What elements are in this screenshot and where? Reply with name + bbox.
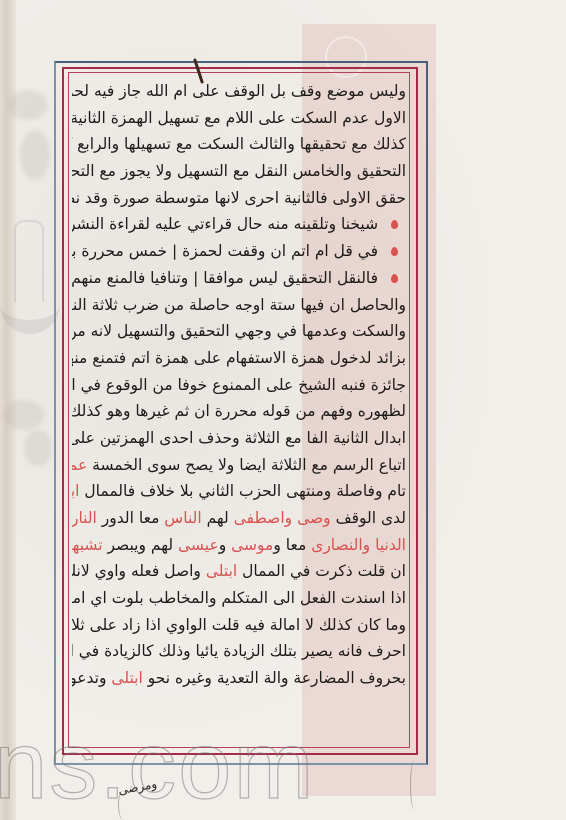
text-line: التحقيق والخامس النقل مع التسهيل ولا يجو… [72, 158, 406, 185]
text-line: لظهوره وفهم من قوله محررة ان ثم غيرها وه… [72, 398, 406, 425]
text-line: احرف فانه يصير بتلك الزيادة يائيا وذلك ك… [72, 638, 406, 665]
text-line: الدنيا والنصارى معا وموسى وعيسى لهم ويبص… [72, 532, 406, 559]
text-line: وما كان كذلك لا امالة فيه قلت الواوي اذا… [72, 612, 406, 639]
watermark-text: ns.com [0, 718, 315, 814]
text-line: كذلك مع تحقيقها والثالث السكت مع تسهيلها… [72, 131, 406, 158]
text-line: الاول عدم السكت على اللام مع تسهيل الهمز… [72, 105, 406, 132]
red-verse-marker-icon [391, 220, 398, 229]
text-line: تام وفاصلة ومنتهى الحزب الثاني بلا خلاف … [72, 478, 406, 505]
red-ink-word: الدنيا [375, 536, 406, 554]
red-ink-word: عيسى [178, 536, 219, 554]
bleed-through-stain [4, 400, 44, 430]
text-line: جائزة فنبه الشيخ على الممنوع خوفا من الو… [72, 372, 406, 399]
red-ink-word: موسى [231, 536, 273, 554]
red-verse-marker-icon [391, 274, 398, 283]
text-line: ان قلت ذكرت في الممال ابتلى واصل فعله وا… [72, 558, 406, 585]
verse-line: فالنقل التحقيق ليس موافقا | وتنافيا فالم… [72, 265, 406, 292]
manuscript-text-block: وليس موضع وقف بل الوقف على ام الله جاز ف… [72, 78, 406, 742]
red-ink-word: عما كانوا يعملون [72, 456, 87, 474]
text-line: والحاصل ان فيها ستة اوجه حاصلة من ضرب ثل… [72, 292, 406, 319]
red-ink-word: تشبهات [72, 536, 103, 554]
red-ink-word: وصى [297, 509, 331, 527]
text-line: ابدال الثانية الفا مع الثلاثة وحذف احدى … [72, 425, 406, 452]
text-line: اتباع الرسم مع الثلاثة ايضا ولا يصح سوى … [72, 452, 406, 479]
red-ink-word: الناس [164, 509, 201, 527]
red-ink-word: ابتلى [72, 482, 79, 500]
text-line: والسكت وعدمها في وجهي التحقيق والتسهيل ل… [72, 318, 406, 345]
text-line: بزائد لدخول همزة الاستفهام على همزة اتم … [72, 345, 406, 372]
bleed-through-stain [20, 130, 50, 180]
text-line: اذا اسندت الفعل الى المتكلم والمخاطب بلو… [72, 585, 406, 612]
bleed-through-stain [24, 430, 52, 466]
text-line: لدى الوقف وصى واصطفى لهم الناس معا الدور… [72, 505, 406, 532]
red-ink-word: النار [72, 509, 97, 527]
pencil-mark [410, 760, 419, 810]
text-line: حقق الاولى فالثانية احرى لانها متوسطة صو… [72, 185, 406, 212]
verse-line: شيخنا وتلقينه منه حال قراءتي عليه لقراءة… [72, 211, 406, 238]
red-ink-word: واصطفى [234, 509, 292, 527]
text-line: وليس موضع وقف بل الوقف على ام الله جاز ف… [72, 78, 406, 105]
red-ink-word: ابتلى [206, 562, 237, 580]
red-ink-word: ابتلى [111, 669, 142, 687]
bleed-through-stain [8, 90, 48, 120]
bleed-through-arc [0, 280, 60, 334]
verse-line: في قل ام اتم ان وقفت لحمزة | خمس محررة ب… [72, 238, 406, 265]
red-ink-word: والنصارى [311, 536, 370, 554]
text-line: بحروف المضارعة والة التعدية وغيره نحو اب… [72, 665, 406, 692]
red-verse-marker-icon [391, 247, 398, 256]
manuscript-page: وليس موضع وقف بل الوقف على ام الله جاز ف… [0, 0, 566, 820]
